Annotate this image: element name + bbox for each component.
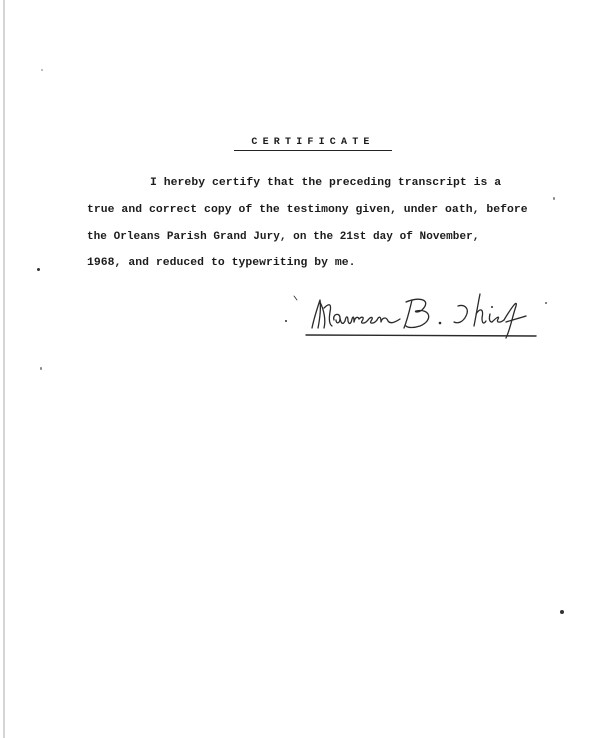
- scan-speck: [40, 367, 42, 370]
- scan-speck: [41, 69, 43, 71]
- certificate-line-2: true and correct copy of the testimony g…: [87, 204, 528, 216]
- scan-speck: [37, 268, 40, 271]
- certificate-title: CERTIFICATE: [234, 137, 392, 151]
- certificate-line-1: I hereby certify that the preceding tran…: [150, 177, 501, 189]
- certificate-page: CERTIFICATE I hereby certify that the pr…: [0, 0, 589, 738]
- certificate-line-4: 1968, and reduced to typewriting by me.: [87, 257, 356, 269]
- handwritten-signature: Maureen B. Shiel: [280, 288, 570, 343]
- certificate-line-3: the Orleans Parish Grand Jury, on the 21…: [87, 231, 479, 243]
- signature-icon: Maureen B. Shiel: [280, 288, 570, 343]
- scan-speck: [553, 197, 555, 200]
- scan-speck: [560, 610, 564, 614]
